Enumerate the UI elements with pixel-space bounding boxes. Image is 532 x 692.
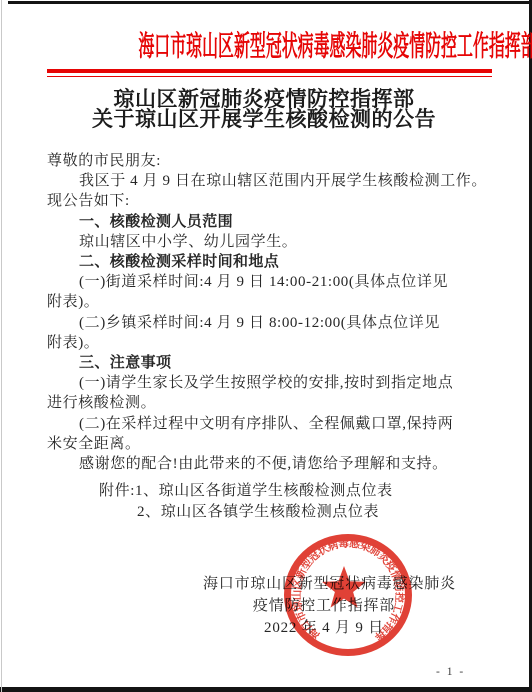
body-line: 二、核酸检测采样时间和地点 <box>47 252 492 272</box>
scan-border-top <box>8 1 532 4</box>
official-seal: 海口市琼山区新型冠状病毒感染肺炎疫情防控工作指挥部 <box>280 530 416 662</box>
notice-title: 琼山区新冠肺炎疫情防控指挥部 关于琼山区开展学生核酸检测的公告 <box>0 89 528 129</box>
body-line: (一)街道采样时间:4 月 9 日 14:00-21:00(具体点位详见 <box>47 272 492 292</box>
body-line: 现公告如下: <box>47 191 492 211</box>
body-line: 我区于 4 月 9 日在琼山辖区范围内开展学生核酸检测工作。 <box>47 171 492 191</box>
scan-border-bottom <box>0 687 532 692</box>
attachment-item-1: 附件:1、琼山区各街道学生核酸检测点位表 <box>99 481 393 502</box>
body-line: 附表)。 <box>47 333 492 353</box>
body-line: (二)乡镇采样时间:4 月 9 日 8:00-12:00(具体点位详见 <box>47 313 492 333</box>
body-line: 尊敬的市民朋友: <box>47 151 492 171</box>
body-line: 米安全距离。 <box>47 434 492 454</box>
body-line: 一、核酸检测人员范围 <box>47 212 492 232</box>
letterhead-banner: 海口市琼山区新型冠状病毒感染肺炎疫情防控工作指挥部 <box>0 24 532 63</box>
star-icon <box>322 566 366 608</box>
notice-body: 尊敬的市民朋友:我区于 4 月 9 日在琼山辖区范围内开展学生核酸检测工作。现公… <box>47 151 492 474</box>
body-line: (一)请学生家长及学生按照学校的安排,按时到指定地点 <box>47 373 492 393</box>
body-line: 三、注意事项 <box>47 353 492 373</box>
red-rule-thick <box>47 69 492 73</box>
body-line: 进行核酸检测。 <box>47 393 492 413</box>
attachment-item-2: 2、琼山区各镇学生核酸检测点位表 <box>99 502 393 523</box>
body-line: (二)在采样过程中文明有序排队、全程佩戴口罩,保持两 <box>47 414 492 434</box>
notice-title-line1: 琼山区新冠肺炎疫情防控指挥部 <box>0 89 528 109</box>
notice-title-line2: 关于琼山区开展学生核酸检测的公告 <box>0 109 528 129</box>
letterhead-banner-text: 海口市琼山区新型冠状病毒感染肺炎疫情防控工作指挥部 <box>138 23 532 64</box>
attachment-list: 附件:1、琼山区各街道学生核酸检测点位表 2、琼山区各镇学生核酸检测点位表 <box>99 481 393 522</box>
red-rule-thin <box>47 76 492 78</box>
document-page: 海口市琼山区新型冠状病毒感染肺炎疫情防控工作指挥部 琼山区新冠肺炎疫情防控指挥部… <box>0 0 532 692</box>
body-line: 附表)。 <box>47 292 492 312</box>
body-line: 琼山辖区中小学、幼儿园学生。 <box>47 232 492 252</box>
body-line: 感谢您的配合!由此带来的不便,请您给予理解和支持。 <box>47 454 492 474</box>
page-number: - 1 - <box>436 666 465 678</box>
